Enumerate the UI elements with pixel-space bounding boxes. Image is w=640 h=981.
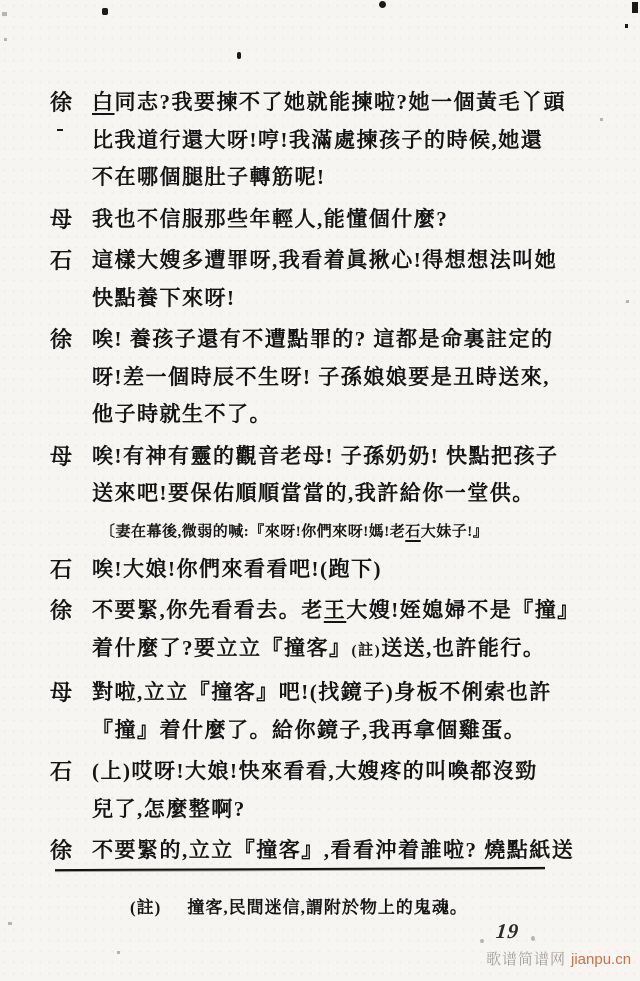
footnote-label: (註) — [130, 898, 161, 917]
text-segment: 『撞』着什麼了。給你鏡子,我再拿個雞蛋。 — [92, 718, 526, 742]
scan-speckle — [480, 939, 484, 943]
text-line: 唉!大娘!你們來看看吧!(跑下) — [92, 551, 574, 589]
scan-speckle — [237, 52, 241, 59]
text-segment: 唉!有神有靈的觀音老母! 子孫奶奶! 快點把孩子 — [92, 444, 558, 468]
speaker-label: 母 — [50, 201, 92, 239]
text-line: 白同志?我要揀不了她就能揀啦?她一個黃毛丫頭 — [92, 84, 574, 122]
dialogue-block: 石唉!大娘!你們來看看吧!(跑下) — [50, 551, 574, 589]
dialogue-lines: 唉!大娘!你們來看看吧!(跑下) — [92, 551, 574, 589]
text-segment: 唉! 養孩子還有不遭點罪的? 這都是命裏註定的 — [92, 327, 554, 351]
text-line: 兒了,怎麼整啊? — [92, 791, 574, 829]
text-segment: 呀!差一個時辰不生呀! 子孫娘娘要是丑時送來, — [92, 365, 550, 389]
scan-speckle — [379, 1, 386, 8]
page-number: 19 — [495, 919, 521, 944]
dialogue-block: 徐不要緊,你先看看去。老王大嫂!姪媳婦不是『撞』着什麼了?要立立『撞客』(註)送… — [50, 592, 574, 670]
text-line: (上)哎呀!大娘!快來看看,大嫂疼的叫喚都沒勁 — [92, 753, 574, 791]
dialogue-lines: 對啦,立立『撞客』吧!(找鏡子)身板不俐索也許『撞』着什麼了。給你鏡子,我再拿個… — [92, 674, 574, 749]
speaker-label: 石 — [50, 242, 92, 317]
text-line: 他子時就生不了。 — [92, 396, 574, 434]
text-line: 對啦,立立『撞客』吧!(找鏡子)身板不俐索也許 — [92, 674, 574, 712]
text-line: 比我道行還大呀!哼!我滿處揀孩子的時候,她還 — [92, 122, 574, 160]
text-line: 這樣大嫂多遭罪呀,我看着眞揪心!得想想法叫她 — [92, 242, 574, 280]
dialogue-block: 石(上)哎呀!大娘!快來看看,大嫂疼的叫喚都沒勁兒了,怎麼整啊? — [50, 753, 574, 828]
scan-speckle — [632, 2, 638, 13]
text-segment: 這樣大嫂多遭罪呀,我看着眞揪心!得想想法叫她 — [92, 248, 557, 272]
speaker-label: 徐 — [50, 832, 92, 870]
watermark-site-url: jianpu.cn — [571, 951, 631, 968]
speaker-label: 石 — [50, 551, 92, 589]
speaker-label: 徐 — [50, 84, 92, 197]
text-segment: 〔妻在幕後,微弱的喊:『來呀!你們來呀!媽!老 — [100, 524, 405, 540]
text-segment: 大嫂!姪媳婦不是『撞』 — [346, 598, 580, 622]
text-segment: (註) — [352, 643, 382, 659]
scan-speckle — [8, 922, 12, 925]
footnote-text: 撞客,民間迷信,謂附於物上的鬼魂。 — [187, 898, 468, 917]
text-segment: 唉!大娘!你們來看看吧!(跑下) — [92, 557, 382, 581]
dialogue-block: 徐唉! 養孩子還有不遭點罪的? 這都是命裏註定的呀!差一個時辰不生呀! 子孫娘娘… — [50, 321, 574, 434]
text-segment: 不在哪個腿肚子轉筋呢! — [92, 165, 326, 189]
dialogue-lines: 我也不信服那些年輕人,能懂個什麼? — [92, 201, 574, 239]
text-line: 呀!差一個時辰不生呀! 子孫娘娘要是丑時送來, — [92, 359, 574, 397]
text-line: 不要緊,你先看看去。老王大嫂!姪媳婦不是『撞』 — [92, 592, 580, 630]
speaker-label — [50, 517, 92, 547]
dialogue-lines: 唉!有神有靈的觀音老母! 子孫奶奶! 快點把孩子送來吧!要保佑順順當當的,我許給… — [92, 438, 574, 513]
text-line: 快點養下來呀! — [92, 280, 574, 318]
watermark-site-name: 歌谱简谱网 — [486, 951, 566, 968]
speaker-label: 母 — [50, 438, 92, 513]
text-segment: 送來吧!要保佑順順當當的,我許給你一堂供。 — [92, 481, 535, 505]
text-line: 『撞』着什麼了。給你鏡子,我再拿個雞蛋。 — [92, 712, 574, 750]
scan-speckle — [625, 24, 628, 28]
text-segment: 石 — [405, 524, 421, 540]
scanned-page: 徐白同志?我要揀不了她就能揀啦?她一個黃毛丫頭比我道行還大呀!哼!我滿處揀孩子的… — [0, 0, 640, 981]
dialogue-lines: 〔妻在幕後,微弱的喊:『來呀!你們來呀!媽!老石大妹子!』 — [92, 517, 574, 547]
text-segment: 不要緊,你先看看去。老 — [92, 598, 324, 622]
text-segment: 比我道行還大呀!哼!我滿處揀孩子的時候,她還 — [92, 128, 543, 152]
text-segment: 我也不信服那些年輕人,能懂個什麼? — [92, 207, 448, 231]
dialogue-lines: 這樣大嫂多遭罪呀,我看着眞揪心!得想想法叫她快點養下來呀! — [92, 242, 574, 317]
watermark: 歌谱简谱网jianpu.cn — [486, 948, 631, 969]
speaker-label: 徐 — [50, 321, 92, 434]
dialogue-lines: 白同志?我要揀不了她就能揀啦?她一個黃毛丫頭比我道行還大呀!哼!我滿處揀孩子的時… — [92, 84, 574, 197]
text-segment: 對啦,立立『撞客』吧!(找鏡子)身板不俐索也許 — [92, 680, 552, 704]
script-body: 徐白同志?我要揀不了她就能揀啦?她一個黃毛丫頭比我道行還大呀!哼!我滿處揀孩子的… — [50, 84, 574, 874]
text-segment: 同志?我要揀不了她就能揀啦?她一個黃毛丫頭 — [115, 90, 567, 114]
text-line: 送來吧!要保佑順順當當的,我許給你一堂供。 — [92, 475, 574, 513]
dialogue-block: 石這樣大嫂多遭罪呀,我看着眞揪心!得想想法叫她快點養下來呀! — [50, 242, 574, 317]
dialogue-block: 徐白同志?我要揀不了她就能揀啦?她一個黃毛丫頭比我道行還大呀!哼!我滿處揀孩子的… — [50, 84, 574, 197]
dialogue-lines: 不要緊,你先看看去。老王大嫂!姪媳婦不是『撞』着什麼了?要立立『撞客』(註)送送… — [92, 592, 580, 670]
text-line: 不要緊的,立立『撞客』,看看沖着誰啦? 燒點紙送 — [92, 832, 574, 870]
text-line: 着什麼了?要立立『撞客』(註)送送,也許能行。 — [92, 630, 580, 671]
text-segment: 白 — [92, 90, 115, 114]
stage-direction: 〔妻在幕後,微弱的喊:『來呀!你們來呀!媽!老石大妹子!』 — [50, 517, 574, 547]
text-segment: 他子時就生不了。 — [92, 402, 272, 426]
speaker-label: 母 — [50, 674, 92, 749]
dialogue-block: 母我也不信服那些年輕人,能懂個什麼? — [50, 201, 574, 239]
text-segment: (上)哎呀!大娘!快來看看,大嫂疼的叫喚都沒勁 — [92, 759, 538, 783]
text-segment: 着什麼了?要立立『撞客』 — [92, 636, 352, 660]
dialogue-lines: (上)哎呀!大娘!快來看看,大嫂疼的叫喚都沒勁兒了,怎麼整啊? — [92, 753, 574, 828]
footnote: (註)撞客,民間迷信,謂附於物上的鬼魂。 — [130, 893, 550, 918]
text-segment: 大妹子!』 — [421, 524, 489, 540]
scan-speckle — [4, 38, 7, 41]
text-segment: 快點養下來呀! — [92, 286, 236, 310]
dialogue-block: 徐不要緊的,立立『撞客』,看看沖着誰啦? 燒點紙送 — [50, 832, 574, 870]
text-line: 唉! 養孩子還有不遭點罪的? 這都是命裏註定的 — [92, 321, 574, 359]
text-line: 我也不信服那些年輕人,能懂個什麼? — [92, 201, 574, 239]
text-line: 〔妻在幕後,微弱的喊:『來呀!你們來呀!媽!老石大妹子!』 — [100, 517, 574, 547]
text-segment: 不要緊的,立立『撞客』,看看沖着誰啦? 燒點紙送 — [92, 838, 574, 862]
dialogue-lines: 唉! 養孩子還有不遭點罪的? 這都是命裏註定的呀!差一個時辰不生呀! 子孫娘娘要… — [92, 321, 574, 434]
dialogue-block: 母唉!有神有靈的觀音老母! 子孫奶奶! 快點把孩子送來吧!要保佑順順當當的,我許… — [50, 438, 574, 513]
scan-speckle — [2, 12, 7, 16]
scan-speckle — [626, 300, 629, 303]
scan-speckle — [102, 8, 108, 15]
scan-speckle — [600, 118, 603, 121]
scan-speckle — [117, 951, 120, 954]
text-segment: 兒了,怎麼整啊? — [92, 797, 246, 821]
text-segment: 王 — [324, 598, 347, 622]
speaker-label: 石 — [50, 753, 92, 828]
scan-speckle — [531, 936, 535, 941]
text-segment: 送送,也許能行。 — [381, 636, 545, 660]
text-line: 不在哪個腿肚子轉筋呢! — [92, 159, 574, 197]
text-line: 唉!有神有靈的觀音老母! 子孫奶奶! 快點把孩子 — [92, 438, 574, 476]
dialogue-block: 母對啦,立立『撞客』吧!(找鏡子)身板不俐索也許『撞』着什麼了。給你鏡子,我再拿… — [50, 674, 574, 749]
dialogue-lines: 不要緊的,立立『撞客』,看看沖着誰啦? 燒點紙送 — [92, 832, 574, 870]
speaker-label: 徐 — [50, 592, 92, 670]
